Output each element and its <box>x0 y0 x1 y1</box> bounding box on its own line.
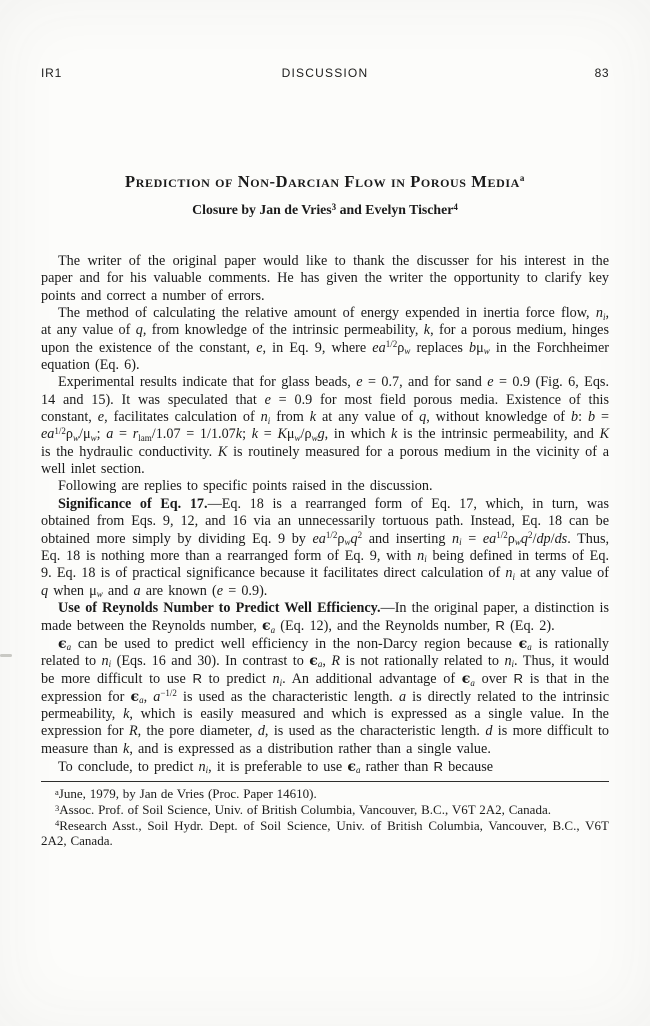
running-head: IR1 DISCUSSION 83 <box>41 66 609 80</box>
article-byline: Closure by Jan de Vries3 and Evelyn Tisc… <box>30 201 620 218</box>
paragraph: Use of Reynolds Number to Predict Well E… <box>41 600 609 636</box>
paragraph: The method of calculating the relative a… <box>41 305 609 374</box>
footnote: 4Research Asst., Soil Hydr. Dept. of Soi… <box>41 818 609 849</box>
footnote: 3Assoc. Prof. of Soil Science, Univ. of … <box>41 802 609 818</box>
paragraph: ϵa can be used to predict well efficienc… <box>41 636 609 758</box>
paragraph: Significance of Eq. 17.—Eq. 18 is a rear… <box>41 496 609 600</box>
page-number: 83 <box>467 66 609 80</box>
paragraph: Experimental results indicate that for g… <box>41 374 609 478</box>
paragraph: To conclude, to predict ni, it is prefer… <box>41 758 609 776</box>
scan-artifact-mark <box>0 654 12 657</box>
article-title: Prediction of Non-Darcian Flow in Porous… <box>30 172 620 192</box>
section-title: DISCUSSION <box>183 66 467 80</box>
paragraph: The writer of the original paper would l… <box>41 253 609 305</box>
title-footnote-mark: a <box>520 173 525 183</box>
scanned-paper-page: IR1 DISCUSSION 83 Prediction of Non-Darc… <box>0 0 650 1026</box>
journal-code: IR1 <box>41 66 183 80</box>
footnote-section: aJune, 1979, by Jan de Vries (Proc. Pape… <box>41 781 609 849</box>
footnote: aJune, 1979, by Jan de Vries (Proc. Pape… <box>41 786 609 802</box>
article-body: The writer of the original paper would l… <box>41 253 609 776</box>
paragraph: Following are replies to specific points… <box>41 478 609 495</box>
article-title-text: Prediction of Non-Darcian Flow in Porous… <box>125 172 520 191</box>
